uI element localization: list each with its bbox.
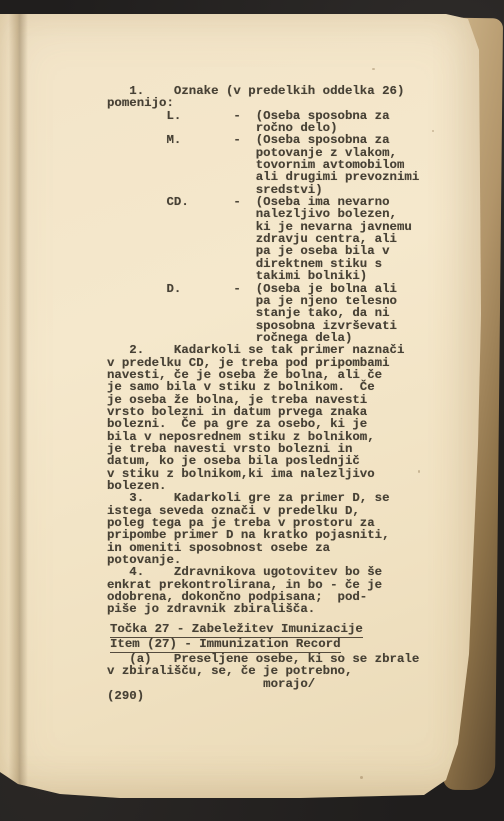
typewritten-text: 1. Oznake (v predelkih oddelka 26) pomen…: [107, 85, 447, 702]
paragraph-a: (a) Preseljene osebe, ki so se zbrale v …: [107, 653, 447, 690]
paper-speck: [360, 776, 363, 779]
photo-backdrop: 1. Oznake (v predelkih oddelka 26) pomen…: [0, 0, 504, 821]
definition-item-M: M. - (Oseba sposobna za potovanje z vlak…: [107, 134, 447, 196]
section-heading: Točka 27 - Zabeležitev Imunizacije Item …: [110, 623, 447, 653]
definition-item-D: D. - (Oseba je bolna ali pa je njeno tel…: [107, 283, 447, 345]
heading-english: Item (27) - Immunization Record: [110, 638, 341, 653]
paper-speck: [372, 68, 375, 70]
paragraph-4: 4. Zdravnikova ugotovitev bo še enkrat p…: [107, 566, 447, 615]
page-gutter-crease: [0, 14, 28, 798]
page-number: (290): [107, 690, 447, 702]
heading-slovenian: Točka 27 - Zabeležitev Imunizacije: [110, 623, 363, 638]
definition-item-CD: CD. - (Oseba ima nevarno nalezljivo bole…: [107, 196, 447, 282]
paragraph-3: 3. Kadarkoli gre za primer D, se istega …: [107, 492, 447, 566]
paragraph-2: 2. Kadarkoli se tak primer naznači v pre…: [107, 344, 447, 492]
scanned-document-page: 1. Oznake (v predelkih oddelka 26) pomen…: [0, 14, 481, 798]
paragraph-1: 1. Oznake (v predelkih oddelka 26) pomen…: [107, 85, 447, 110]
definition-item-L: L. - (Oseba sposobna za ročno delo): [107, 110, 447, 135]
